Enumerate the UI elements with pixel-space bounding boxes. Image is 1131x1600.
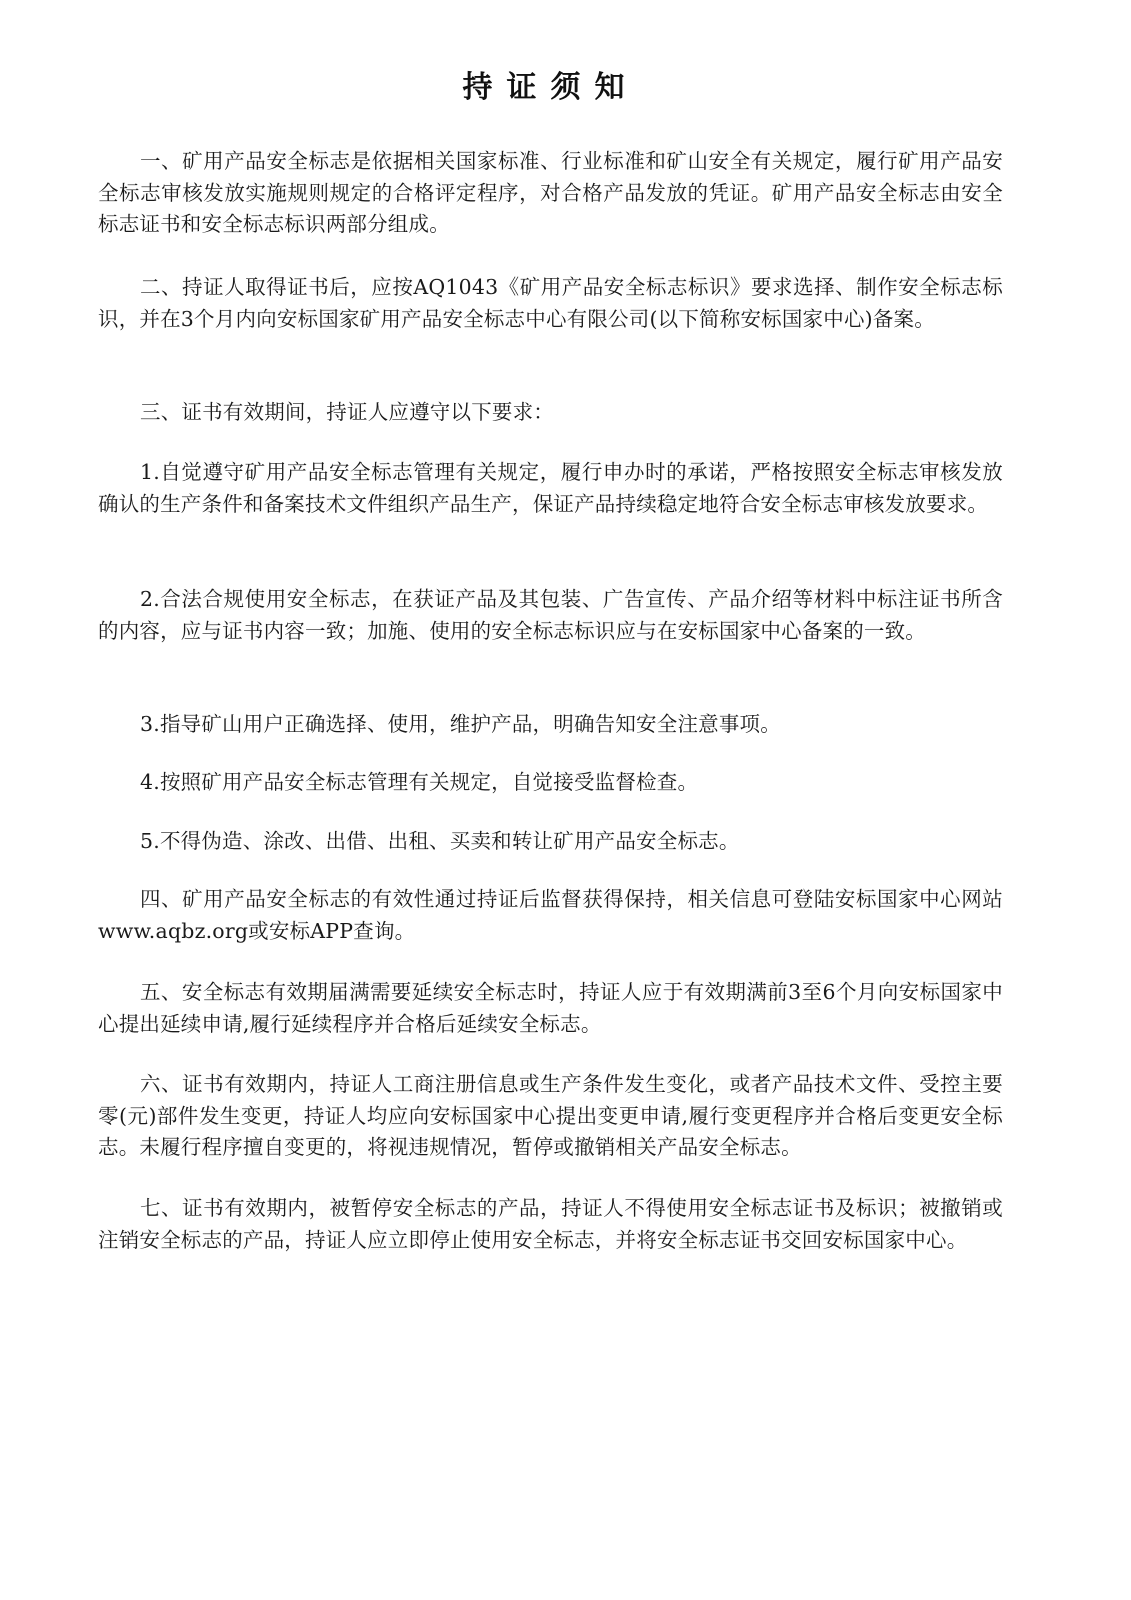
paragraph-3-item-5: 5.不得伪造、涂改、出借、出租、买卖和转让矿用产品安全标志。 <box>98 826 1003 858</box>
paragraph-6-changes: 六、证书有效期内，持证人工商注册信息或生产条件发生变化，或者产品技术文件、受控主… <box>98 1069 1003 1164</box>
paragraph-3-item-1: 1.自觉遵守矿用产品安全标志管理有关规定，履行申办时的承诺，严格按照安全标志审核… <box>98 457 1003 520</box>
paragraph-3-requirements-heading: 三、证书有效期间，持证人应遵守以下要求： <box>98 397 1003 429</box>
paragraph-7-suspension: 七、证书有效期内，被暂停安全标志的产品，持证人不得使用安全标志证书及标识；被撤销… <box>98 1193 1003 1256</box>
document-title: 持证须知 <box>98 66 1003 110</box>
paragraph-3-item-3: 3.指导矿山用户正确选择、使用，维护产品，明确告知安全注意事项。 <box>98 709 1003 741</box>
paragraph-4-validity: 四、矿用产品安全标志的有效性通过持证后监督获得保持，相关信息可登陆安标国家中心网… <box>98 884 1003 947</box>
paragraph-3-item-2: 2.合法合规使用安全标志，在获证产品及其包装、广告宣传、产品介绍等材料中标注证书… <box>98 584 1003 647</box>
paragraph-2-labeling: 二、持证人取得证书后，应按AQ1043《矿用产品安全标志标识》要求选择、制作安全… <box>98 272 1003 335</box>
paragraph-5-renewal: 五、安全标志有效期届满需要延续安全标志时，持证人应于有效期满前3至6个月向安标国… <box>98 977 1003 1040</box>
paragraph-3-item-4: 4.按照矿用产品安全标志管理有关规定，自觉接受监督检查。 <box>98 767 1003 799</box>
paragraph-1-definition: 一、矿用产品安全标志是依据相关国家标准、行业标准和矿山安全有关规定，履行矿用产品… <box>98 146 1003 241</box>
